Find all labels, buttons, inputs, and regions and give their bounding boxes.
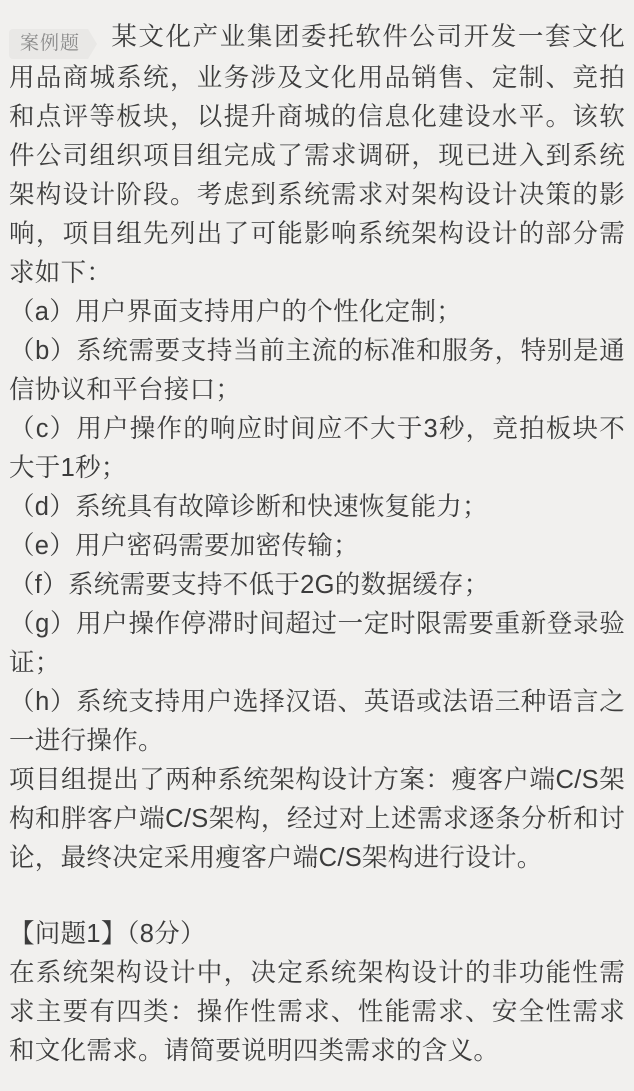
case-intro-text: 某文化产业集团委托软件公司开发一套文化用品商城系统，业务涉及文化用品销售、定制、… [9,23,625,287]
requirement-item-h: （h）系统支持用户选择汉语、英语或法语三种语言之一进行操作。 [9,683,625,761]
case-intro-paragraph: 案例题某文化产业集团委托软件公司开发一套文化用品商城系统，业务涉及文化用品销售、… [9,18,625,293]
requirement-item-c: （c）用户操作的响应时间应不大于3秒，竞拍板块不大于1秒； [9,410,625,488]
case-conclusion-paragraph: 项目组提出了两种系统架构设计方案：瘦客户端C/S架构和胖客户端C/S架构，经过对… [9,761,625,878]
case-type-badge-label: 案例题 [20,33,80,54]
requirement-item-e: （e）用户密码需要加密传输； [9,527,625,566]
requirement-item-a: （a）用户界面支持用户的个性化定制； [9,293,625,332]
case-type-badge: 案例题 [9,29,97,59]
case-study-page: 案例题某文化产业集团委托软件公司开发一套文化用品商城系统，业务涉及文化用品销售、… [0,0,634,1091]
question-title: 【问题1】（8分） [9,915,625,954]
question-body: 在系统架构设计中，决定系统架构设计的非功能性需求主要有四类：操作性需求、性能需求… [9,954,625,1071]
requirement-item-f: （f）系统需要支持不低于2G的数据缓存； [9,566,625,605]
requirements-list: （a）用户界面支持用户的个性化定制； （b）系统需要支持当前主流的标准和服务，特… [9,293,625,761]
requirement-item-d: （d）系统具有故障诊断和快速恢复能力； [9,488,625,527]
question-block: 【问题1】（8分） 在系统架构设计中，决定系统架构设计的非功能性需求主要有四类：… [9,915,625,1071]
requirement-item-g: （g）用户操作停滞时间超过一定时限需要重新登录验证； [9,605,625,683]
requirement-item-b: （b）系统需要支持当前主流的标准和服务，特别是通信协议和平台接口； [9,332,625,410]
